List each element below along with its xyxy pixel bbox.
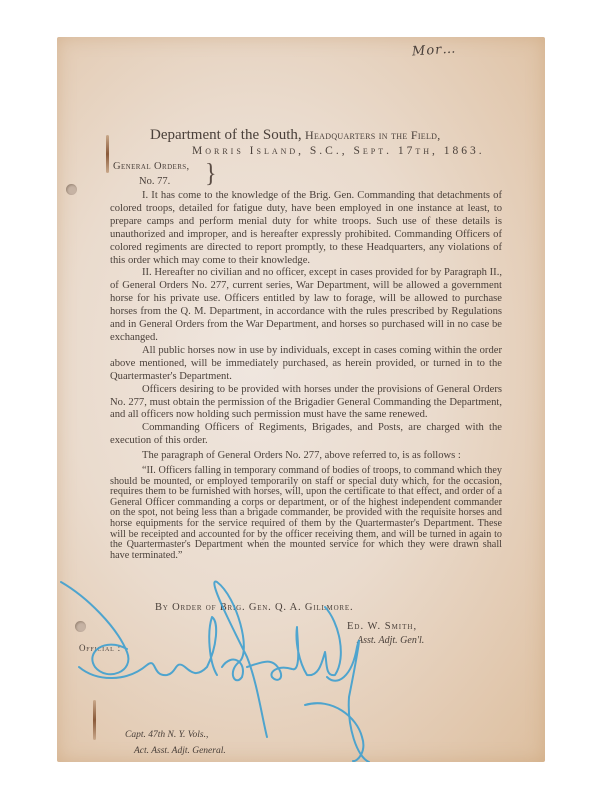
pencil-annotation: Mor… — [412, 41, 457, 59]
paragraph-5: Commanding Officers of Regiments, Brigad… — [110, 422, 502, 448]
paragraph-3: All public horses now in use by individu… — [110, 345, 502, 384]
department-name: Department of the South, — [150, 127, 302, 143]
punch-hole-bottom — [75, 621, 86, 632]
document-page: Mor… Department of the South, Headquarte… — [57, 37, 545, 762]
official-label: Official : — [79, 643, 121, 653]
signer-name: Ed. W. Smith, — [347, 621, 417, 632]
quoted-paragraph: “II. Officers falling in temporary comma… — [110, 466, 502, 561]
headquarters-label: Headquarters in the Field, — [305, 128, 441, 142]
punch-hole-top — [66, 184, 77, 195]
location-date: Morris Island, S.C., Sept. 17th, 1863. — [192, 145, 485, 157]
by-order-line: By Order of Brig. Gen. Q. A. Gillmore. — [155, 602, 353, 613]
order-number: No. 77. — [139, 176, 170, 187]
signer-title: Asst. Adjt. Gen'l. — [357, 635, 424, 646]
official-title: Act. Asst. Adjt. General. — [134, 746, 226, 756]
official-rank: Capt. 47th N. Y. Vols., — [125, 730, 208, 740]
document-header: Department of the South, Headquarters in… — [150, 127, 441, 144]
paper-tear-top — [106, 135, 109, 173]
brace-glyph: } — [205, 160, 217, 190]
general-orders-label: General Orders, — [113, 161, 190, 172]
paper-tear-bottom — [93, 700, 96, 740]
paragraph-6: The paragraph of General Orders No. 277,… — [110, 450, 502, 463]
order-body: I. It has come to the knowledge of the B… — [110, 190, 502, 561]
paragraph-4: Officers desiring to be provided with ho… — [110, 384, 502, 423]
paragraph-2: II. Hereafter no civilian and no officer… — [110, 267, 502, 344]
paragraph-1: I. It has come to the knowledge of the B… — [110, 190, 502, 267]
